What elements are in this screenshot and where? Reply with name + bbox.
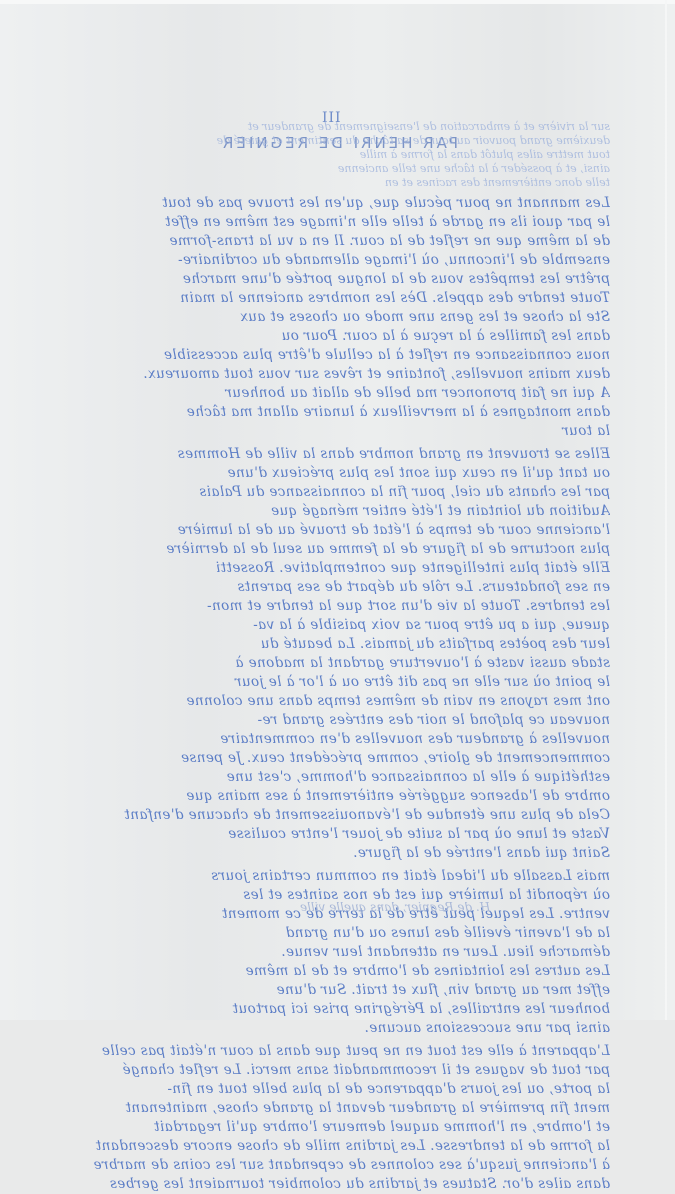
handwritten-line: plus nocturne de la figure de la femme a…: [70, 540, 610, 559]
handwritten-line: Vaste et lune où par la suite de jouer l…: [70, 825, 610, 844]
handwritten-line: Cela de plus une étendue de l'évanouisse…: [70, 806, 610, 825]
paragraph: Elles se trouvent en grand nombre dans l…: [70, 445, 610, 863]
handwritten-line: Les mannant ne pour pécule que, qu'en le…: [70, 194, 610, 213]
handwritten-line: A qui ne fait prononcer ma belle de alla…: [70, 384, 610, 403]
manuscript-body: Les mannant ne pour pécule que, qu'en le…: [70, 190, 610, 1020]
handwritten-line: stade aussi vaste à l'ouverture gardant …: [70, 654, 610, 673]
handwritten-line: mais Lassalle du l'ideal était en commun…: [70, 867, 610, 886]
handwritten-line: le par quoi ils en garde à telle elle n'…: [70, 213, 610, 232]
paragraph: Les mannant ne pour pécule que, qu'en le…: [70, 194, 610, 441]
handwritten-line: Saint qui dans l'entrée de la figure.: [70, 844, 610, 863]
handwritten-line: deux mains nouvelles, fontaine et rêves …: [70, 365, 610, 384]
handwritten-line: Audition du lointain et l'été entier mén…: [70, 502, 610, 521]
handwritten-line: Elles se trouvent en grand nombre dans l…: [70, 445, 610, 464]
handwritten-line: bonheur les entrailles, la Pérégrine pri…: [70, 1000, 610, 1019]
handwritten-line: dans montagnes à la merveilleux à lunair…: [70, 403, 610, 422]
handwritten-line: la de l'avenir éveillé des lunes ou d'un…: [70, 924, 610, 943]
handwritten-line: nouvelles à grandeur des nouvelles d'en …: [70, 730, 610, 749]
faint-preface-line: deuxième grand pouvoir au tour de sa tâc…: [70, 134, 610, 147]
handwritten-line: Elle était plus intelligente que contemp…: [70, 559, 610, 578]
faint-preface-line: sur la rivière et à embarcation de l'ens…: [70, 120, 610, 133]
handwritten-line: Les autres les lointaines de l'ombre et …: [70, 962, 610, 981]
handwritten-line: ensemble de l'inconnu, où l'image allema…: [70, 251, 610, 270]
handwritten-line: prêtre les tempêtes vous de la longue po…: [70, 270, 610, 289]
handwritten-line: effet mer au grand vin, flux et trait. S…: [70, 981, 610, 1000]
faint-preface-line: ainsi, et à posséder à la tâche une tell…: [70, 162, 610, 175]
handwritten-line: queue, qui a pu être pour sa voix paisib…: [70, 616, 610, 635]
handwritten-line: ombre de l'absence suggérée entièrement …: [70, 787, 610, 806]
handwritten-line: commencement de gloire, comme précédent …: [70, 749, 610, 768]
handwritten-line: en ses fondateurs. Le rôle du départ de …: [70, 578, 610, 597]
faint-preface-line: tout mettre ailes plutôt dans la forme à…: [70, 148, 610, 161]
handwritten-line: par les chants du ciel, pour fin la conn…: [70, 483, 610, 502]
handwritten-line: les tendres. Toute la vie d'un sort que …: [70, 597, 610, 616]
handwritten-line: ont mes rayons en vain de mêmes temps da…: [70, 692, 610, 711]
handwritten-line: de la même que ne reflet de la cour. Il …: [70, 232, 610, 251]
faint-preface-line: telle donc entièrement des racines et en: [70, 176, 610, 189]
handwritten-line: leur des poètes parfaits du jamais. La b…: [70, 635, 610, 654]
signature: H. de Regnier, dans quelle ville: [300, 900, 490, 914]
manuscript-sheet: III PAR HENRI DE REGNIER sur la rivière …: [70, 110, 610, 930]
handwritten-line: l'ancienne cour de temps à l'état de tro…: [70, 521, 610, 540]
handwritten-line: la tour: [70, 422, 610, 441]
handwritten-line: démarche lieu. Leur en attendant leur ve…: [70, 943, 610, 962]
handwritten-line: Toute tendre des appels. Dès les nombres…: [70, 289, 610, 308]
paragraph: mais Lassalle du l'ideal était en commun…: [70, 867, 610, 1020]
handwritten-line: esthétique à elle la connaissance d'homm…: [70, 768, 610, 787]
handwritten-line: le point où sur elle ne pas dit être ou …: [70, 673, 610, 692]
handwritten-line: nous connaissance en reflet à la cellule…: [70, 346, 610, 365]
handwritten-line: dans les familles à la reçue à la cour. …: [70, 327, 610, 346]
handwritten-line: Ste la chose et les gens une mode ou cho…: [70, 308, 610, 327]
handwritten-line: nouveau ce plafond le noir des entrées g…: [70, 711, 610, 730]
handwritten-line: ou tant qu'il en ceux qui sont les plus …: [70, 464, 610, 483]
